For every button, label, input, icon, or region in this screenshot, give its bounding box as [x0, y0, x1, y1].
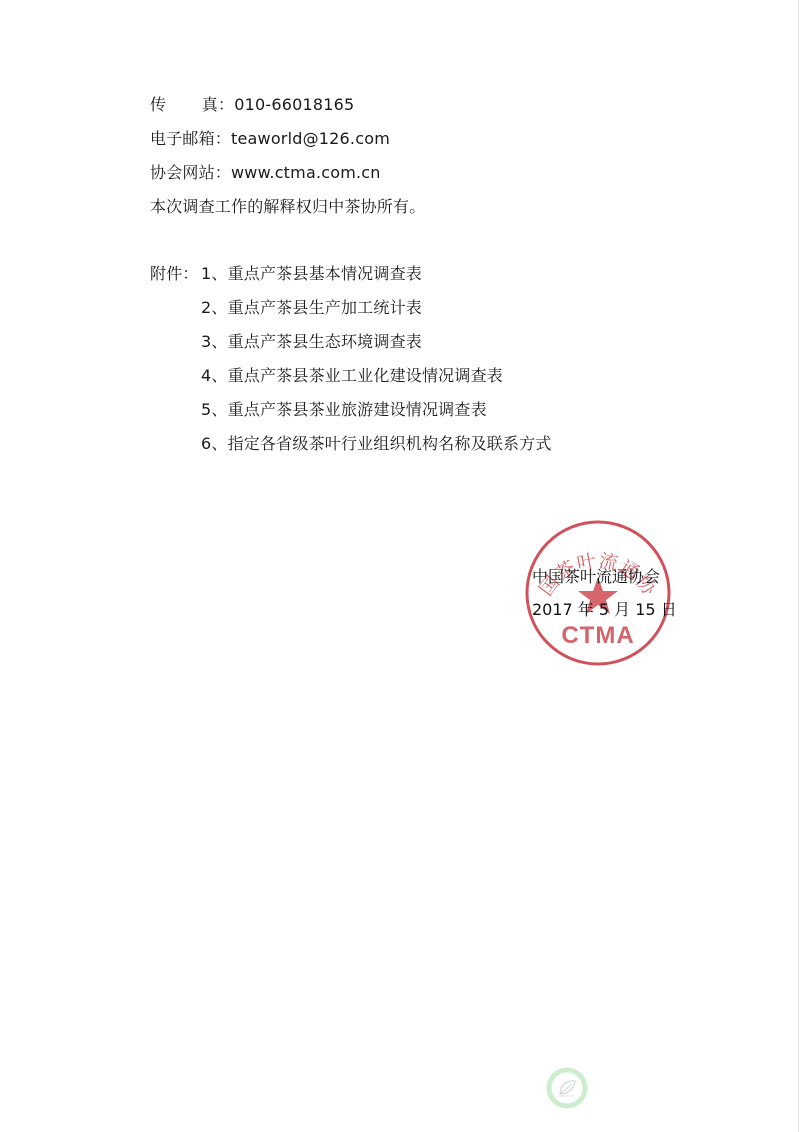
email-separator: ：: [215, 129, 231, 148]
signature-date: 2017 年 5 月 15 日: [532, 600, 677, 620]
footer-logo: [545, 1066, 589, 1110]
attachment-item-5: 5、重点产茶县茶业旅游建设情况调查表: [201, 400, 487, 420]
interpretation-statement: 本次调查工作的解释权归中茶协所有。: [150, 197, 425, 217]
fax-value: 010-66018165: [234, 95, 354, 114]
attachment-item-1: 1、重点产茶县基本情况调查表: [201, 264, 422, 284]
stamp-ctma-text: CTMA: [561, 622, 634, 649]
attachments-label: 附件：: [150, 264, 199, 284]
email-value[interactable]: teaworld@126.com: [231, 129, 390, 148]
website-link[interactable]: www.ctma.com.cn: [231, 163, 381, 182]
attachment-item-2: 2、重点产茶县生产加工统计表: [201, 298, 422, 318]
page-edge: [798, 0, 799, 1132]
attachment-item-3: 3、重点产茶县生态环境调查表: [201, 332, 422, 352]
website-separator: ：: [215, 163, 231, 182]
svg-text:中国茶叶流通协会: 中国茶叶流通协会: [524, 519, 661, 600]
fax-label: 传真: [150, 95, 218, 115]
official-seal-stamp: 中国茶叶流通协会 CTMA: [524, 519, 672, 667]
attachment-item-6: 6、指定各省级茶叶行业组织机构名称及联系方式: [201, 434, 552, 454]
email-label: 电子邮箱: [150, 129, 215, 148]
attachment-item-4: 4、重点产茶县茶业工业化建设情况调查表: [201, 366, 503, 386]
fax-separator: ：: [218, 95, 234, 114]
fax-label-char2: 真: [202, 95, 218, 115]
signature-organization: 中国茶叶流通协会: [532, 567, 660, 587]
fax-label-char1: 传: [150, 95, 166, 114]
fax-line: 传真 ：010-66018165: [150, 95, 354, 115]
website-line: 协会网站：www.ctma.com.cn: [150, 163, 381, 183]
stamp-arc-text: 中国茶叶流通协会: [524, 519, 661, 600]
email-line: 电子邮箱：teaworld@126.com: [150, 129, 390, 149]
website-label: 协会网站: [150, 163, 215, 182]
